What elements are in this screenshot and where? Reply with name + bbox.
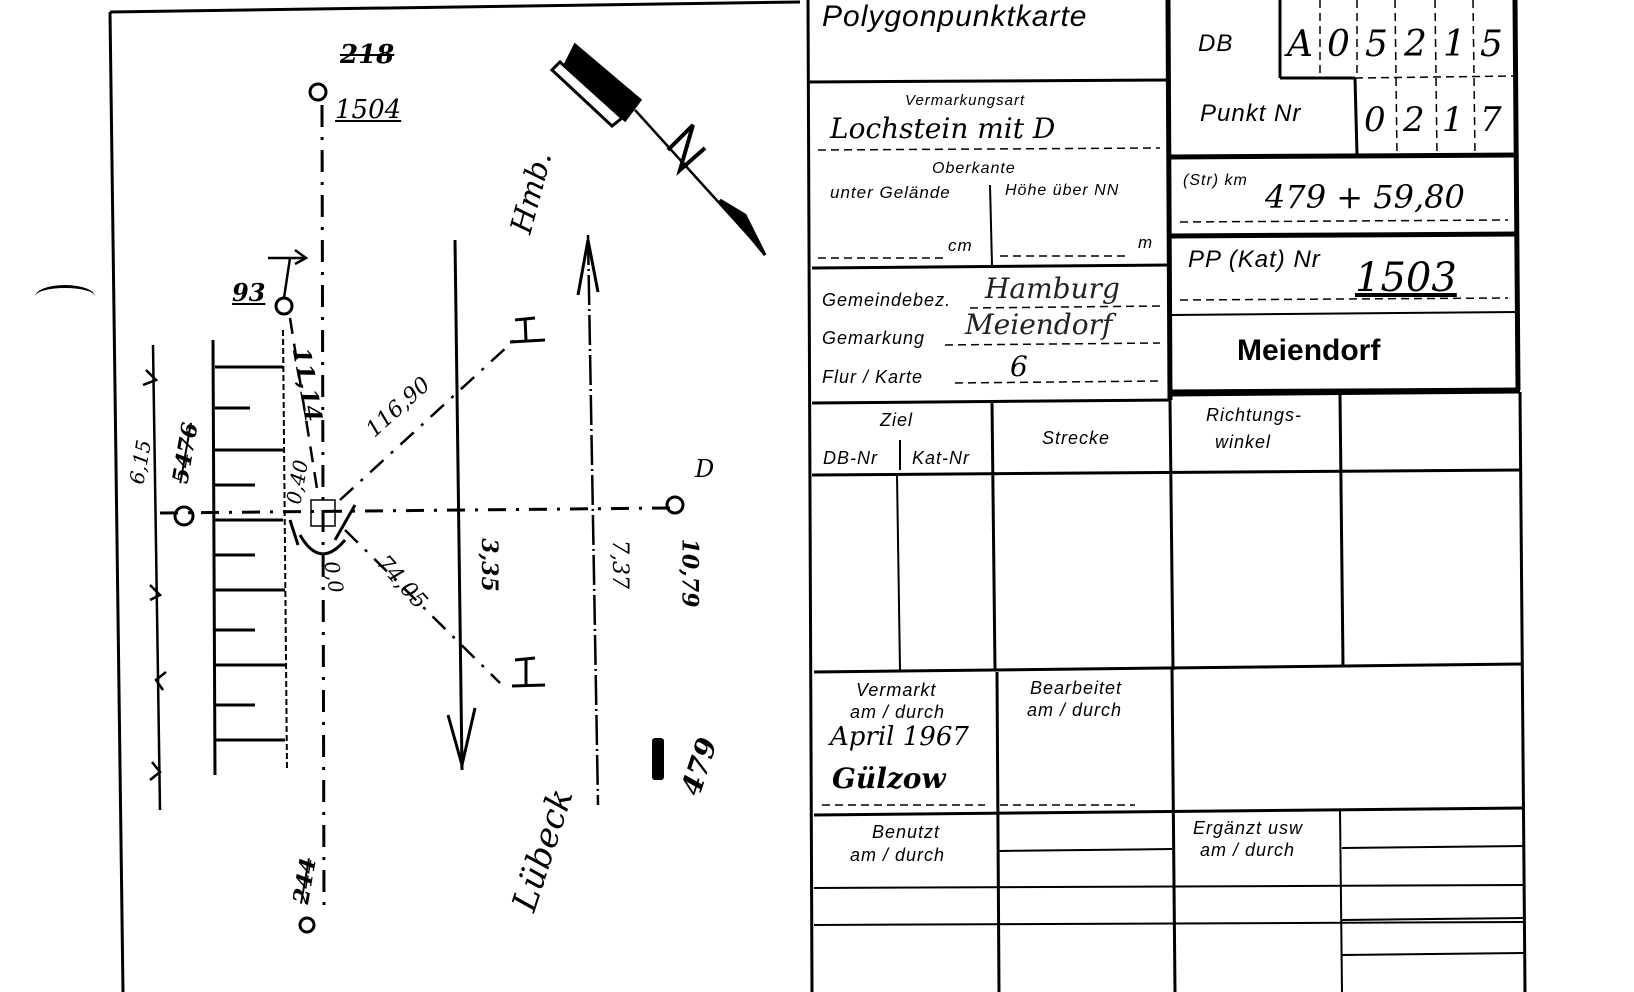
ergaenzt-label-2: am / durch	[1200, 840, 1295, 861]
hoehe-label: Höhe über NN	[1005, 182, 1119, 200]
oberkante-label: Oberkante	[932, 160, 1016, 178]
punkt-digit: 0	[1364, 100, 1386, 140]
place-name: Meiendorf	[1237, 334, 1380, 368]
richtungswinkel-header-1: Richtungs-	[1206, 405, 1302, 426]
db-digit: A	[1287, 24, 1313, 65]
punkt-digit: 7	[1480, 100, 1502, 140]
hoehe-unit: m	[1138, 233, 1153, 253]
vermarkt-label-1: Vermarkt	[856, 680, 936, 701]
str-km-label: (Str) km	[1183, 172, 1248, 190]
db-digit: 5	[1365, 24, 1388, 65]
vermarkungsart-value: Lochstein mit D	[830, 112, 1055, 145]
db-digit: 1	[1443, 24, 1466, 65]
str-km-value: 479 + 59,80	[1265, 178, 1465, 216]
strecke-header: Strecke	[1042, 428, 1110, 449]
richtungswinkel-header-2: winkel	[1215, 432, 1271, 453]
flur-label: Flur / Karte	[822, 367, 923, 388]
pp-label: PP (Kat) Nr	[1188, 246, 1321, 274]
vermarkt-label-2: am / durch	[850, 702, 945, 723]
benutzt-label-2: am / durch	[850, 845, 945, 866]
card-grid	[0, 0, 1634, 992]
punkt-digit: 1	[1442, 100, 1464, 140]
vermarkungsart-label: Vermarkungsart	[905, 92, 1025, 109]
vermarkt-date: April 1967	[830, 722, 969, 752]
gemeindebez-value: Hamburg	[985, 272, 1120, 305]
pp-value: 1503	[1355, 255, 1457, 301]
benutzt-label-1: Benutzt	[872, 822, 940, 843]
bearbeitet-label-1: Bearbeitet	[1030, 678, 1122, 699]
vermarkt-by: Gülzow	[832, 762, 946, 795]
db-digit: 5	[1480, 24, 1503, 65]
unter-gelaende-unit: cm	[948, 236, 973, 256]
flur-value: 6	[1010, 350, 1028, 383]
db-digit: 2	[1404, 24, 1427, 65]
bearbeitet-label-2: am / durch	[1027, 700, 1122, 721]
gemarkung-label: Gemarkung	[822, 328, 925, 349]
punkt-digit: 2	[1403, 100, 1425, 140]
unter-gelaende-label: unter Gelände	[830, 183, 951, 203]
punkt-label: Punkt Nr	[1200, 100, 1301, 128]
db-digit: 0	[1327, 24, 1350, 65]
card-title: Polygonpunktkarte	[822, 0, 1088, 34]
ergaenzt-label-1: Ergänzt usw	[1193, 818, 1303, 839]
db-nr-header: DB-Nr	[823, 448, 878, 469]
gemeindebez-label: Gemeindebez.	[822, 290, 951, 311]
gemarkung-value: Meiendorf	[965, 308, 1112, 341]
db-label: DB	[1198, 30, 1233, 58]
ziel-header: Ziel	[880, 410, 913, 431]
kat-nr-header: Kat-Nr	[912, 448, 970, 469]
